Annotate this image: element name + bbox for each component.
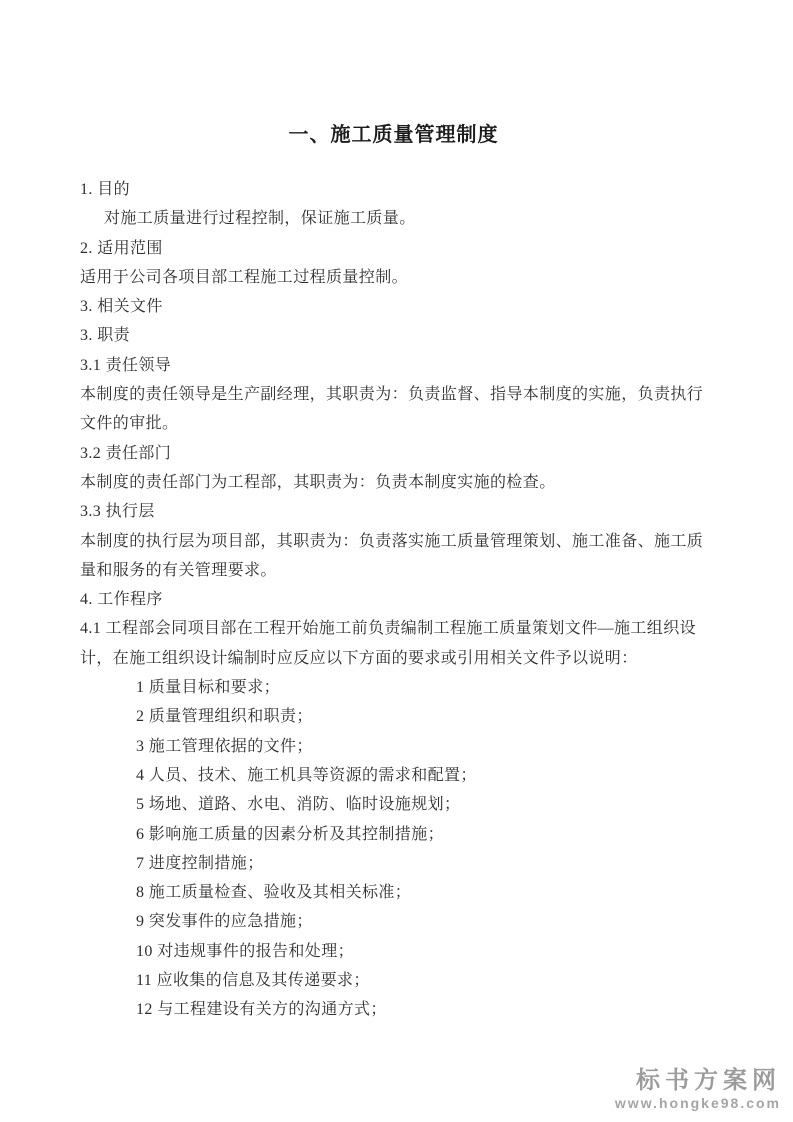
watermark: 标书方案网 www.hongke98.com bbox=[615, 1068, 781, 1112]
text-line: 8 施工质量检查、验收及其相关标准； bbox=[80, 878, 707, 907]
text-line: 11 应收集的信息及其传递要求； bbox=[80, 966, 707, 995]
document-lines: 1. 目的对施工质量进行过程控制，保证施工质量。2. 适用范围适用于公司各项目部… bbox=[80, 175, 707, 1025]
text-line: 7 进度控制措施； bbox=[80, 849, 707, 878]
watermark-site-name: 标书方案网 bbox=[615, 1068, 781, 1094]
page-title: 一、施工质量管理制度 bbox=[80, 123, 707, 148]
text-line: 6 影响施工质量的因素分析及其控制措施； bbox=[80, 820, 707, 849]
text-line: 对施工质量进行过程控制，保证施工质量。 bbox=[80, 204, 707, 233]
text-line: 4.1 工程部会同项目部在工程开始施工前负责编制工程施工质量策划文件—施工组织设 bbox=[80, 614, 707, 643]
text-line: 3. 相关文件 bbox=[80, 292, 707, 321]
text-line: 1 质量目标和要求； bbox=[80, 673, 707, 702]
text-line: 1. 目的 bbox=[80, 175, 707, 204]
text-line: 3.2 责任部门 bbox=[80, 439, 707, 468]
text-line: 10 对违规事件的报告和处理； bbox=[80, 937, 707, 966]
text-line: 3.1 责任领导 bbox=[80, 351, 707, 380]
text-line: 量和服务的有关管理要求。 bbox=[80, 556, 707, 585]
watermark-site-url: www.hongke98.com bbox=[615, 1095, 781, 1112]
text-line: 本制度的执行层为项目部，其职责为：负责落实施工质量管理策划、施工准备、施工质 bbox=[80, 527, 707, 556]
text-line: 适用于公司各项目部工程施工过程质量控制。 bbox=[80, 263, 707, 292]
text-line: 3 施工管理依据的文件； bbox=[80, 732, 707, 761]
document-page: 一、施工质量管理制度 1. 目的对施工质量进行过程控制，保证施工质量。2. 适用… bbox=[0, 0, 793, 1122]
text-line: 4. 工作程序 bbox=[80, 585, 707, 614]
text-line: 3. 职责 bbox=[80, 321, 707, 350]
text-line: 计，在施工组织设计编制时应反应以下方面的要求或引用相关文件予以说明： bbox=[80, 644, 707, 673]
text-line: 文件的审批。 bbox=[80, 409, 707, 438]
text-line: 2. 适用范围 bbox=[80, 234, 707, 263]
text-line: 3.3 执行层 bbox=[80, 497, 707, 526]
text-line: 2 质量管理组织和职责； bbox=[80, 702, 707, 731]
text-line: 本制度的责任领导是生产副经理，其职责为：负责监督、指导本制度的实施，负责执行 bbox=[80, 380, 707, 409]
text-line: 本制度的责任部门为工程部，其职责为：负责本制度实施的检查。 bbox=[80, 468, 707, 497]
text-line: 5 场地、道路、水电、消防、临时设施规划； bbox=[80, 790, 707, 819]
text-line: 4 人员、技术、施工机具等资源的需求和配置； bbox=[80, 761, 707, 790]
text-line: 12 与工程建设有关方的沟通方式； bbox=[80, 995, 707, 1024]
text-line: 9 突发事件的应急措施； bbox=[80, 907, 707, 936]
document-content: 一、施工质量管理制度 1. 目的对施工质量进行过程控制，保证施工质量。2. 适用… bbox=[80, 123, 707, 1025]
